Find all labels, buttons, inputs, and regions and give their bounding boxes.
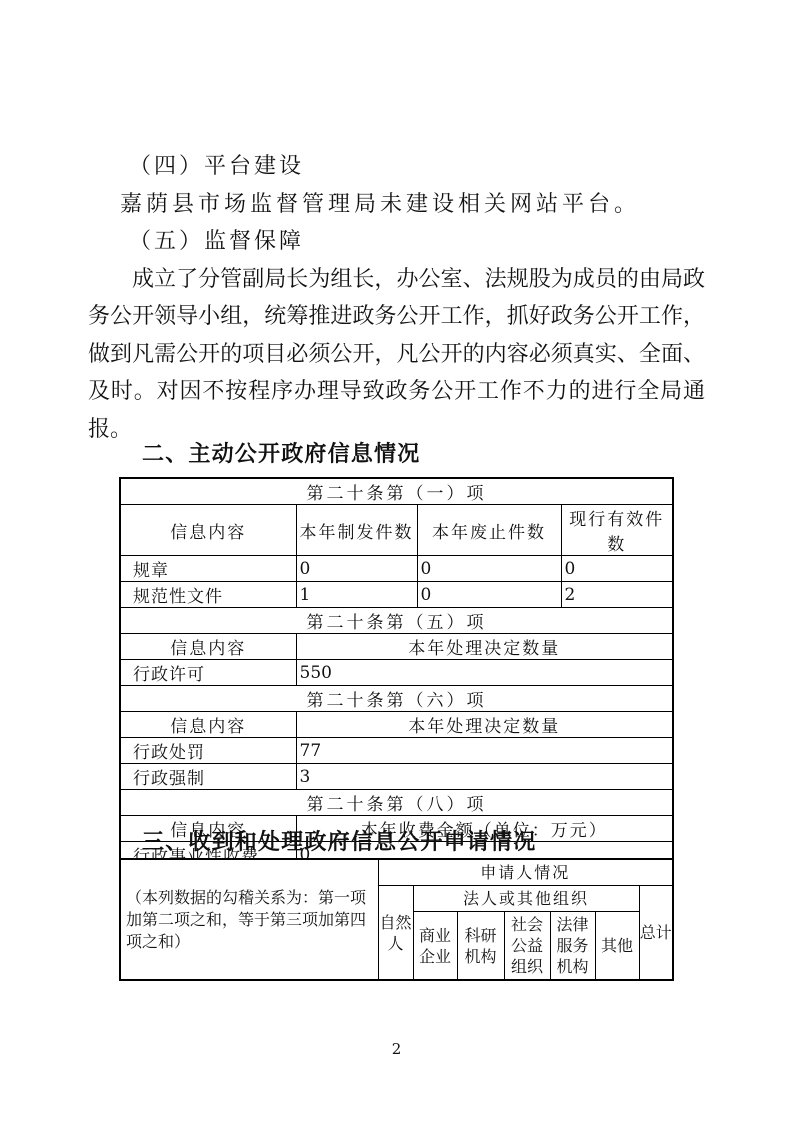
table-row: 规章 0 0 0 (120, 556, 673, 582)
table-row: 规范性文件 1 0 2 (120, 582, 673, 608)
col-header-commercial: 商业企业 (413, 912, 457, 981)
table-row: 信息内容 本年处理决定数量 (120, 712, 673, 738)
table-proactive-disclosure: 第二十条第（一）项 信息内容 本年制发件数 本年废止件数 现行有效件数 规章 0… (119, 477, 674, 869)
cell-value: 2 (561, 582, 673, 608)
table-row: 第二十条第（一）项 (120, 478, 673, 505)
cell-value: 0 (417, 556, 561, 582)
page-number: 2 (0, 1040, 793, 1058)
cell-value: 1 (296, 582, 417, 608)
cell-value: 550 (296, 660, 673, 686)
table-applications: （本列数据的勾稽关系为：第一项加第二项之和，等于第三项加第四项之和） 申请人情况… (119, 858, 674, 981)
cell-value: 3 (296, 764, 673, 790)
cell-value: 0 (561, 556, 673, 582)
row-label: 行政处罚 (120, 738, 296, 764)
col-header-total: 总计 (639, 886, 673, 981)
col-header: 信息内容 (120, 505, 296, 556)
cell-value: 0 (417, 582, 561, 608)
table-row: 信息内容 本年处理决定数量 (120, 634, 673, 660)
col-header: 本年处理决定数量 (296, 634, 673, 660)
table-row: 行政强制 3 (120, 764, 673, 790)
paragraph-supervision: 成立了分管副局长为组长，办公室、法规股为成员的由局政务公开领导小组，统筹推进政务… (88, 261, 705, 449)
table-row: 行政许可 550 (120, 660, 673, 686)
col-header: 本年处理决定数量 (296, 712, 673, 738)
legal-org-header: 法人或其他组织 (413, 886, 639, 912)
span-title-item6: 第二十条第（六）项 (120, 686, 673, 712)
table-row: 第二十条第（五）项 (120, 608, 673, 634)
row-label: 规范性文件 (120, 582, 296, 608)
table-row: 第二十条第（八）项 (120, 790, 673, 816)
table-row: 信息内容 本年制发件数 本年废止件数 现行有效件数 (120, 505, 673, 556)
col-header: 现行有效件数 (561, 505, 673, 556)
row-label: 行政强制 (120, 764, 296, 790)
cell-value: 0 (296, 556, 417, 582)
document-page: （四）平台建设 嘉荫县市场监督管理局未建设相关网站平台。 （五）监督保障 成立了… (0, 0, 793, 1122)
span-title-item8: 第二十条第（八）项 (120, 790, 673, 816)
heading-section-4: （四）平台建设 (88, 148, 705, 186)
col-header-legal-service: 法律服务机构 (550, 912, 595, 981)
span-title-item1: 第二十条第（一）项 (120, 478, 673, 505)
col-header: 信息内容 (120, 712, 296, 738)
col-header: 本年废止件数 (417, 505, 561, 556)
col-header-natural-person: 自然人 (378, 886, 413, 981)
col-header-other: 其他 (595, 912, 639, 981)
table-row: （本列数据的勾稽关系为：第一项加第二项之和，等于第三项加第四项之和） 申请人情况 (120, 859, 673, 886)
col-header: 本年制发件数 (296, 505, 417, 556)
span-title-item5: 第二十条第（五）项 (120, 608, 673, 634)
text-block: （四）平台建设 嘉荫县市场监督管理局未建设相关网站平台。 （五）监督保障 成立了… (88, 148, 705, 448)
row-label: 规章 (120, 556, 296, 582)
paragraph-platform: 嘉荫县市场监督管理局未建设相关网站平台。 (88, 186, 705, 224)
table-row: 行政处罚 77 (120, 738, 673, 764)
row-label: 行政许可 (120, 660, 296, 686)
applicant-header: 申请人情况 (378, 859, 673, 886)
cell-value: 77 (296, 738, 673, 764)
heading-proactive-disclosure: 二、主动公开政府信息情况 (88, 440, 728, 470)
heading-applications: 三、收到和处理政府信息公开申请情况 (88, 828, 728, 858)
col-header-research: 科研机构 (457, 912, 504, 981)
heading-section-5: （五）监督保障 (88, 223, 705, 261)
note-cell: （本列数据的勾稽关系为：第一项加第二项之和，等于第三项加第四项之和） (120, 859, 378, 980)
table-row: 第二十条第（六）项 (120, 686, 673, 712)
col-header-public-welfare: 社会公益组织 (504, 912, 550, 981)
col-header: 信息内容 (120, 634, 296, 660)
